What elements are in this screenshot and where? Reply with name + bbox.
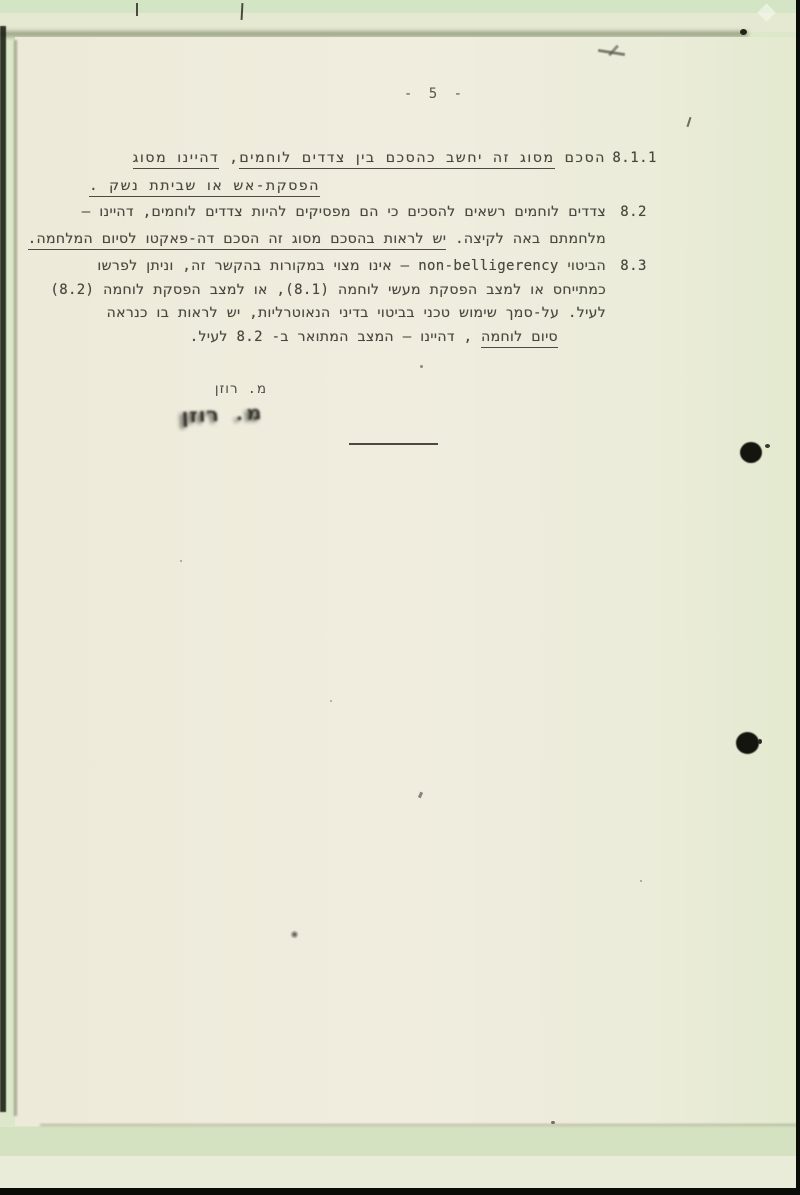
text-segment: , (219, 150, 239, 166)
scanned-document: - 5 - 8.1.1 הסכם מסוג זה יחשב כהסכם בין … (0, 0, 800, 1195)
top-tick-mark (136, 3, 138, 16)
ink-speck (740, 29, 747, 35)
paper-speck (330, 700, 332, 702)
section-8-3-line-4: סיום לוחמה , דהיינו – המצב המתואר ב- 8.2… (190, 329, 558, 346)
paper-speck (420, 365, 423, 368)
text-segment: כמתייחס או למצב הפסקת מעשי לוחמה (8.1), … (50, 282, 606, 298)
paper-speck (180, 560, 182, 562)
bottom-green-band (0, 1127, 797, 1156)
latin-term: non-belligerency (418, 258, 558, 274)
bottom-black-strip (0, 1188, 800, 1195)
ink-speck (758, 739, 762, 744)
page-left-edge-shadow (14, 40, 17, 1116)
underlined-text: דהיינו מסוג (133, 150, 220, 169)
paper-speck (551, 1121, 555, 1124)
underlined-text: סיום לוחמה (481, 329, 558, 348)
page-bottom-edge-shadow (40, 1124, 797, 1126)
text-segment: , דהיינו – המצב המתואר ב- 8.2 לעיל. (190, 329, 481, 345)
section-8-2-line-1: צדדים לוחמים רשאים להסכים כי הם מפסיקים … (82, 204, 606, 221)
section-8-3-line-2: כמתייחס או למצב הפסקת מעשי לוחמה (8.1), … (50, 282, 606, 299)
ink-stamp-smear: מ. רוזן (178, 404, 260, 430)
bottom-pale-band (0, 1156, 797, 1189)
left-dark-strip (0, 26, 6, 1112)
top-pale-band (0, 13, 797, 32)
text-segment: – אינו מצוי במקורות בהקשר זה, וניתן לפרש… (97, 258, 418, 274)
paper-speck (640, 880, 642, 882)
text-segment: מלחמתם באה לקיצה. (446, 231, 606, 247)
document-page (15, 37, 797, 1126)
section-8-3-line-3: לעיל. על-סמך שימוש טכני בביטוי בדיני הנא… (107, 305, 606, 322)
text-segment: צדדים לוחמים רשאים להסכים כי הם מפסיקים … (82, 204, 606, 220)
section-8-3-line-1: הביטוי non-belligerency – אינו מצוי במקו… (97, 258, 606, 275)
section-number-8-3: 8.3 (620, 258, 647, 274)
right-black-strip (796, 0, 800, 1195)
section-8-1-1-line-2: הפסקת-אש או שביתת נשק . (89, 178, 320, 195)
signature-rule-line (349, 443, 438, 445)
text-segment: הסכם (555, 150, 606, 166)
section-number-8-2: 8.2 (620, 204, 647, 220)
text-segment: לעיל. על-סמך שימוש טכני בביטוי בדיני הנא… (107, 305, 606, 321)
text-segment: הביטוי (559, 258, 606, 274)
underlined-text: הפסקת-אש או שביתת נשק . (89, 178, 320, 197)
section-number-8-1-1: 8.1.1 (612, 150, 657, 166)
hole-punch-dot (736, 732, 759, 754)
ink-speck (765, 444, 770, 448)
underlined-text: יש לראות בהסכם מסוג זה הסכם דה-פאקטו לסי… (28, 231, 447, 250)
section-8-1-1-line-1: הסכם מסוג זה יחשב כהסכם בין צדדים לוחמים… (133, 150, 606, 167)
typed-signature: מ. רוזן (215, 381, 267, 397)
hole-punch-dot (740, 442, 762, 463)
page-number: - 5 - (400, 86, 470, 102)
underlined-text: מסוג זה יחשב כהסכם בין צדדים לוחמים (239, 150, 554, 169)
top-green-band (0, 0, 797, 13)
section-8-2-line-2: מלחמתם באה לקיצה. יש לראות בהסכם מסוג זה… (28, 231, 606, 248)
tiny-scribble (290, 930, 299, 939)
